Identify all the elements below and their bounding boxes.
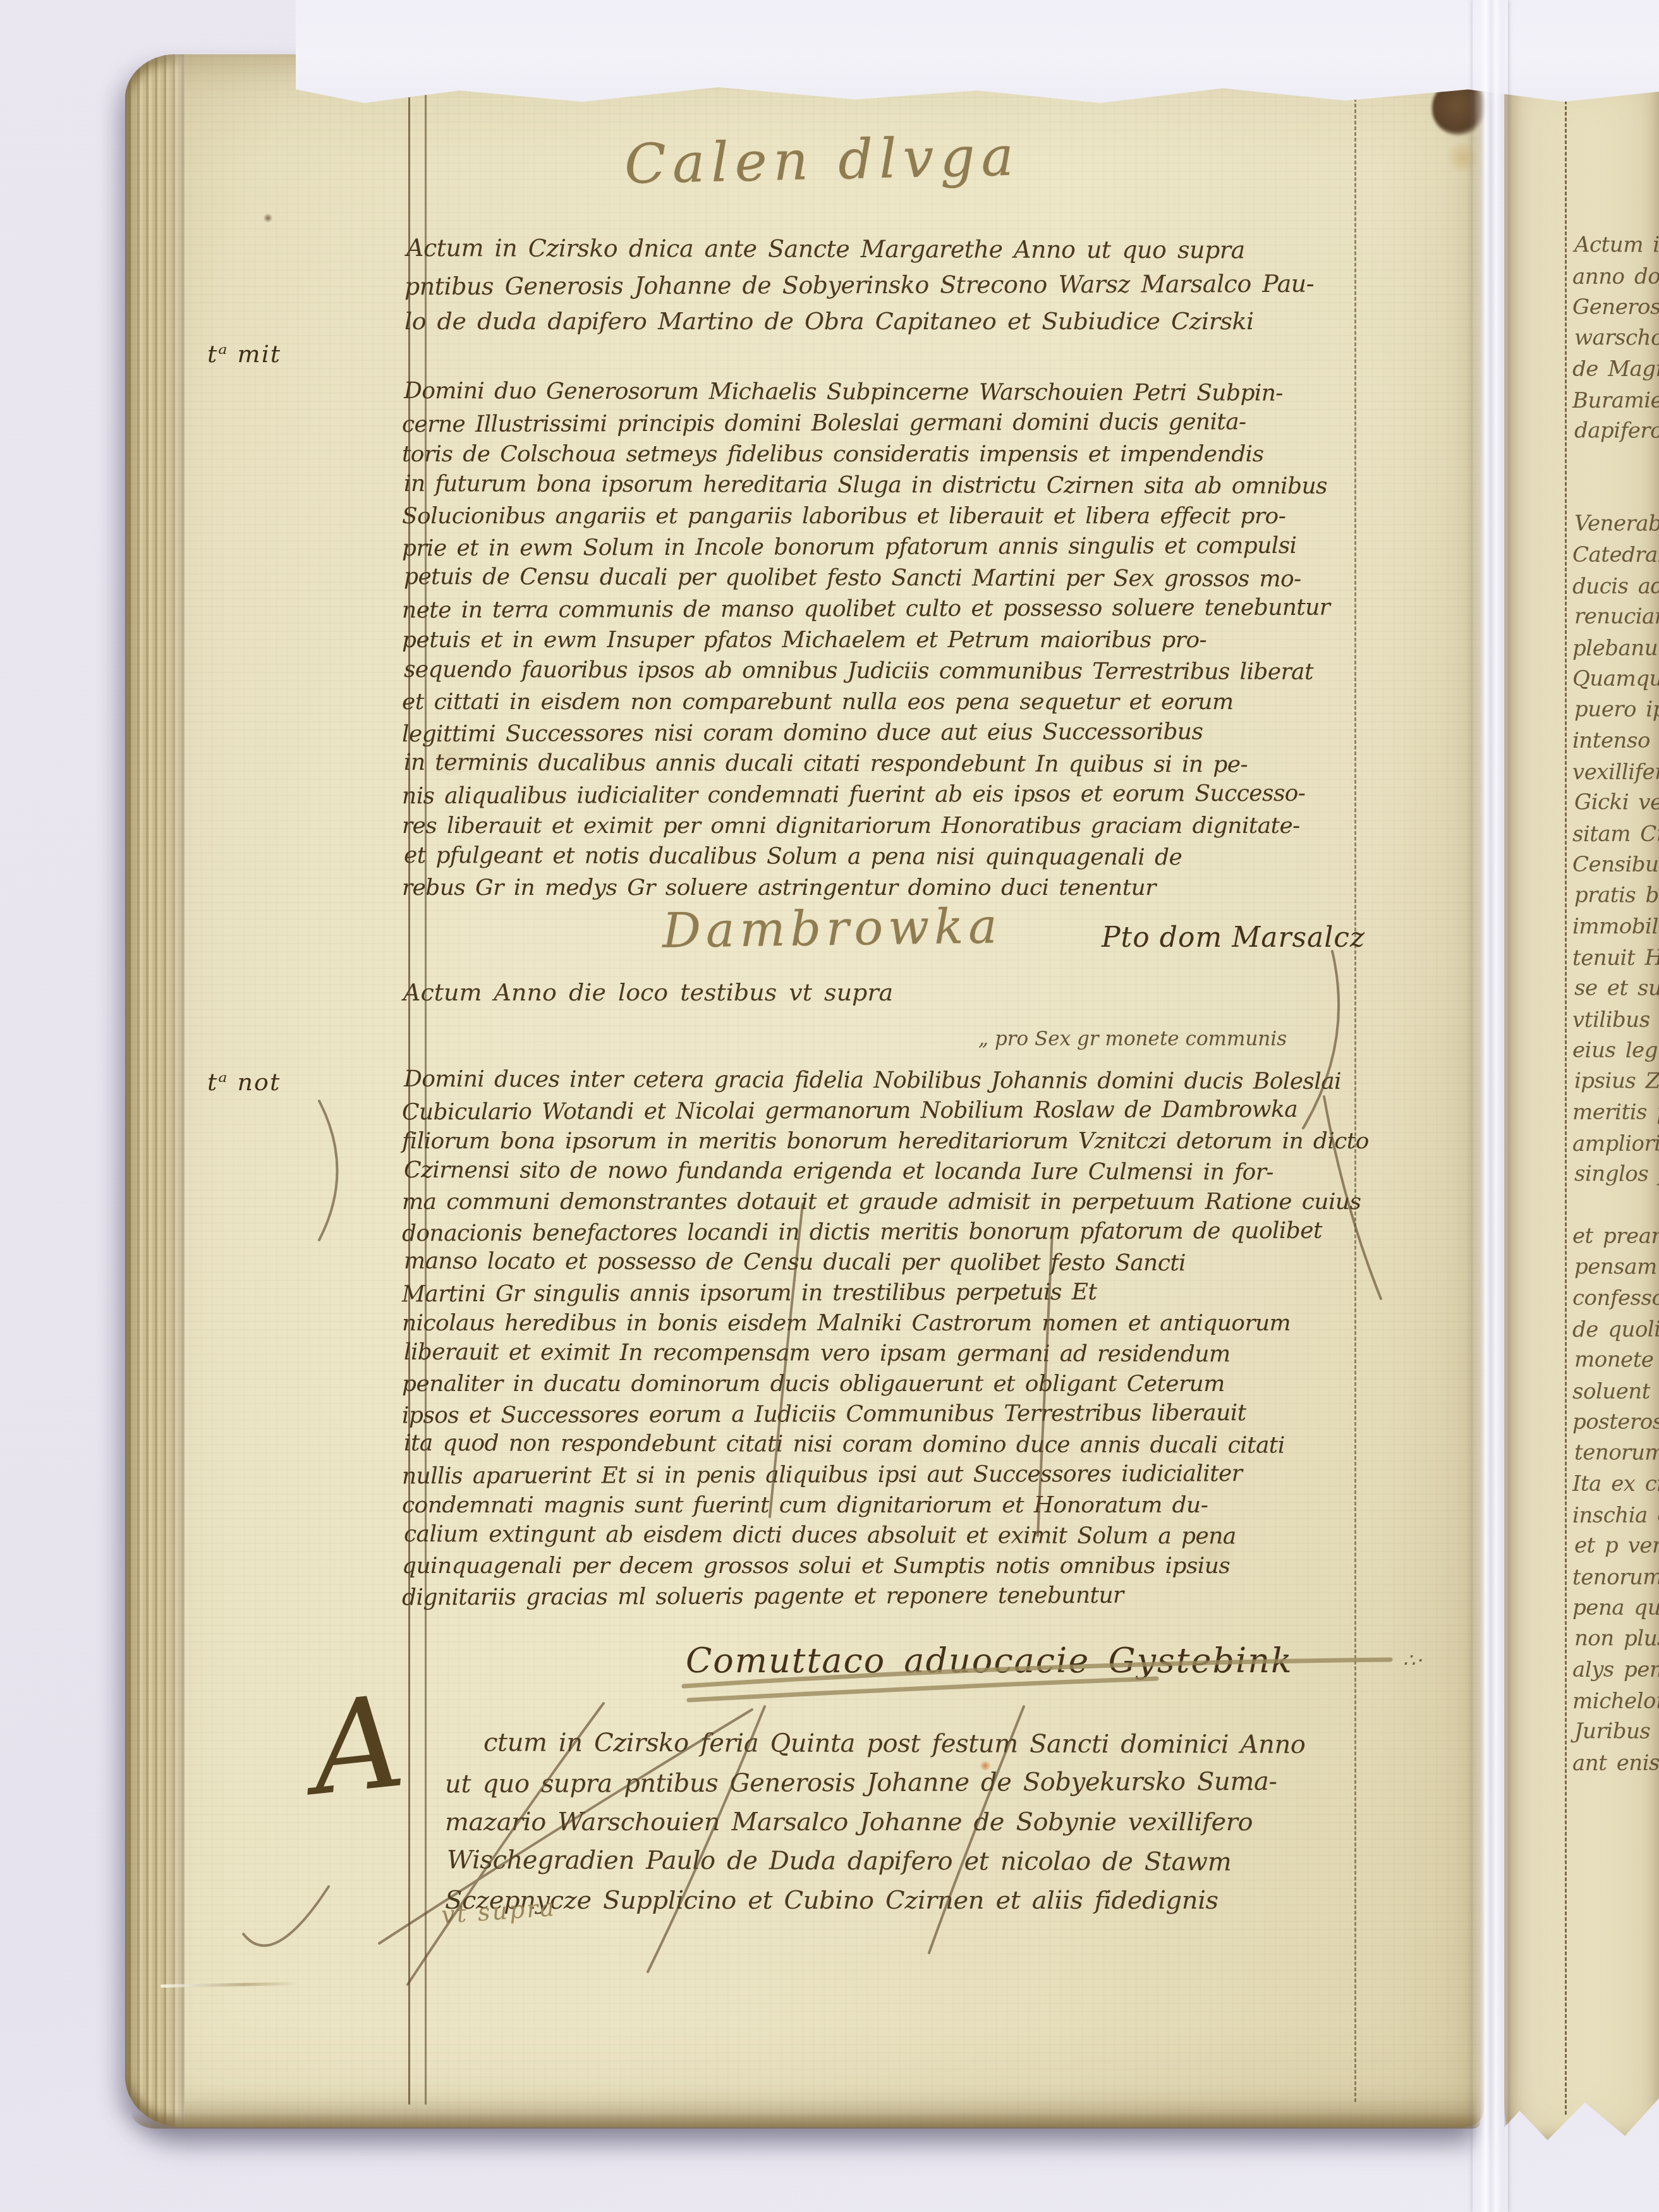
text-line: et p vero xyxy=(1574,1530,1659,1562)
text-line: de quolibet xyxy=(1572,1313,1659,1346)
adjacent-page: Actum inanno domGenerosiswarschomiende M… xyxy=(1504,61,1659,2153)
text-line: ma communi demonstrantes dotauit et grau… xyxy=(402,1187,1369,1217)
text-line: cerne Illustrissimi principis domini Bol… xyxy=(402,406,1330,441)
text-line: michelonim xyxy=(1572,1685,1659,1717)
text-line: lo de duda dapifero Martino de Obra Capi… xyxy=(404,303,1314,339)
text-line: ut quo supra pntibus Generosis Johanne d… xyxy=(445,1762,1304,1804)
text-line: nullis aparuerint Et si in penis aliquib… xyxy=(402,1459,1369,1492)
text-line: immobilibus xyxy=(1572,911,1659,942)
text-line: Ita ex citta xyxy=(1572,1469,1659,1500)
manuscript-page: Calen dlvga Actum in Czirsko dnica ante … xyxy=(125,54,1484,2127)
entry1-text: Actum in Czirsko dnica ante Sancte Marga… xyxy=(404,231,1314,339)
text-line: Gicki vexill xyxy=(1574,787,1659,819)
text-line: quinquagenali per decem grossos solui et… xyxy=(402,1551,1369,1581)
entry1-margin-note: tᵃ mit xyxy=(207,340,281,368)
entry4-initial-letter: A xyxy=(305,1668,411,1824)
text-line: de Magnu s xyxy=(1572,354,1659,385)
text-line: toris de Colschoua setmeys fidelibus con… xyxy=(402,439,1330,470)
page-heading: Calen dlvga xyxy=(624,125,1021,196)
text-line: plebanum u xyxy=(1572,632,1659,664)
text-line: Catedralis xyxy=(1572,540,1659,571)
text-line: condemnati magnis sunt fuerint cum digni… xyxy=(402,1490,1369,1521)
text-line: singlos f xyxy=(1574,1158,1659,1191)
text-line: manso locato et possesso de Censu ducali… xyxy=(404,1246,1371,1279)
text-line: Cubiculario Wotandi et Nicolai germanoru… xyxy=(402,1095,1369,1128)
text-line: Domini duo Generosorum Michaelis Subpinc… xyxy=(404,375,1332,409)
manuscript-photograph: Actum inanno domGenerosiswarschomiende M… xyxy=(0,0,1659,2212)
text-line: calium extingunt ab eisdem dicti duces a… xyxy=(404,1519,1371,1552)
text-line: Martini Gr singulis annis ipsorum in tre… xyxy=(402,1277,1369,1310)
text-line: Generosis xyxy=(1572,292,1659,323)
text-line: sequendo fauoribus ipsos ab omnibus Judi… xyxy=(404,654,1332,688)
entry4-heading: Comuttaco aduocacie Gystebink xyxy=(686,1641,1293,1680)
text-line: alys penn xyxy=(1572,1655,1659,1686)
text-line: inschia et r xyxy=(1572,1499,1659,1531)
entry4-heading-marks: ∴· xyxy=(1403,1650,1426,1672)
text-line: vexilliferum xyxy=(1572,756,1659,788)
text-line: anno dom xyxy=(1572,260,1659,293)
text-line: renuciarum xyxy=(1574,601,1659,633)
text-line: ipsos et Successores eorum a Iudiciis Co… xyxy=(402,1398,1369,1431)
right-page-ruled-margin-line xyxy=(1565,83,1567,2115)
entry3-heading-note: Pto dom Marsalcz xyxy=(1102,921,1365,954)
text-line: puero ipm xyxy=(1574,694,1659,726)
entry3-text: Domini duces inter cetera gracia fidelia… xyxy=(402,1066,1369,1612)
entry3-heading: Dambrowka xyxy=(662,897,1002,958)
text-line: Actum in xyxy=(1574,229,1659,262)
text-line: ipsius Zar xyxy=(1574,1066,1659,1098)
text-line: confessoris xyxy=(1572,1283,1659,1314)
text-line: Buramien th xyxy=(1572,384,1659,416)
text-line xyxy=(1572,446,1659,478)
entry3-margin-note: tᵃ not xyxy=(207,1068,281,1096)
text-line: Censibus xyxy=(1572,849,1659,880)
right-page-text-fragments: Actum inanno domGenerosiswarschomiende M… xyxy=(1572,230,1659,1778)
text-line: in terminis ducalibus annis ducali citat… xyxy=(404,747,1332,781)
text-line: pensam fe xyxy=(1574,1251,1659,1284)
text-line: monete in f xyxy=(1574,1344,1659,1376)
text-line: ant enis xyxy=(1572,1747,1659,1779)
text-line: liberauit et eximit In recompensam vero … xyxy=(404,1337,1371,1370)
text-line: Actum in Czirsko dnica ante Sancte Marga… xyxy=(406,230,1316,269)
text-line: soluent et xyxy=(1572,1375,1659,1407)
entry4-text: ctum in Czirsko feria Quinta post festum… xyxy=(445,1724,1303,1920)
text-line: warschomien xyxy=(1574,322,1659,355)
text-line: vtilibus et xyxy=(1572,1004,1659,1036)
text-line: in futurum bona ipsorum hereditaria Slug… xyxy=(404,468,1332,502)
text-line: se et sui xyxy=(1574,973,1659,1005)
handwritten-text-layer: Calen dlvga Actum in Czirsko dnica ante … xyxy=(125,54,1484,2127)
text-line: intenso re xyxy=(1572,726,1659,757)
text-line: tenuit H xyxy=(1572,942,1659,974)
text-line: nete in terra communis de manso quolibet… xyxy=(402,592,1330,626)
text-line: ducis adir xyxy=(1572,570,1659,602)
text-line: tenorum xyxy=(1572,1561,1659,1593)
text-line: penaliter in ducatu dominorum ducis obli… xyxy=(402,1369,1369,1399)
text-line: non plus xyxy=(1574,1623,1659,1655)
text-line: dignitariis gracias ml solueris pagente … xyxy=(402,1580,1369,1613)
text-line: rebus Gr in medys Gr soluere astringentu… xyxy=(402,872,1330,903)
text-line: Quamquidem xyxy=(1572,664,1659,695)
text-line: posteros ad xyxy=(1572,1407,1659,1438)
text-line: et cittati in eisdem non comparebunt nul… xyxy=(402,686,1330,717)
text-line: mazario Warschouien Marsalco Johanne de … xyxy=(445,1802,1303,1842)
entry3-date-line: Actum Anno die loco testibus vt supra xyxy=(403,978,893,1006)
text-line: pntibus Generosis Johanne de Sobyerinsko… xyxy=(404,266,1314,305)
text-line: sitam Cr xyxy=(1572,818,1659,850)
text-line: prie et in ewm Solum in Incole bonorum p… xyxy=(402,530,1330,564)
glass-strip xyxy=(1473,0,1508,2212)
text-line: ctum in Czirsko feria Quinta post festum… xyxy=(447,1723,1306,1765)
entry2-text: Domini duo Generosorum Michaelis Subpinc… xyxy=(402,377,1330,903)
text-line: dapifero C xyxy=(1574,415,1659,447)
text-line: amplioribus xyxy=(1572,1127,1659,1160)
text-line: pena qui xyxy=(1572,1593,1659,1624)
text-line: legittimi Successores nisi coram domino … xyxy=(402,716,1330,750)
text-line: pratis bor xyxy=(1574,880,1659,912)
text-line: et pfulgeant et notis ducalibus Solum a … xyxy=(404,840,1332,873)
text-line: ita quod non respondebunt citati nisi co… xyxy=(404,1428,1371,1461)
text-line: meritis p xyxy=(1572,1097,1659,1128)
text-line: Sczepnycze Supplicino et Cubino Czirnen … xyxy=(445,1881,1303,1920)
text-line: tenorum xyxy=(1574,1437,1659,1469)
text-line: nis aliqualibus iudicialiter condemnati … xyxy=(402,778,1330,812)
text-line xyxy=(1572,478,1659,509)
entry3-interlinear-note: „ pro Sex gr monete communis xyxy=(978,1028,1287,1050)
text-line: petuis de Censu ducali per quolibet fest… xyxy=(404,561,1332,595)
text-line: et preang xyxy=(1572,1221,1659,1252)
text-line: filiorum bona ipsorum in meritis bonorum… xyxy=(402,1126,1369,1157)
text-line: Solucionibus angariis et pangariis labor… xyxy=(402,501,1330,532)
text-line: Juribus et xyxy=(1574,1716,1659,1748)
text-line: nicolaus heredibus in bonis eisdem Malni… xyxy=(402,1308,1369,1339)
text-line: donacionis benefactores locandi in dicti… xyxy=(402,1216,1369,1249)
text-line: Wischegradien Paulo de Duda dapifero et … xyxy=(447,1840,1306,1882)
text-line: res liberauit et eximit per omni dignita… xyxy=(402,810,1330,841)
text-line: eius legi xyxy=(1572,1035,1659,1066)
text-line: Czirnensi sito de nowo fundanda erigenda… xyxy=(404,1155,1371,1188)
text-line: Domini duces inter cetera gracia fidelia… xyxy=(404,1064,1371,1097)
text-line: petuis et in ewm Insuper pfatos Michaele… xyxy=(402,624,1330,655)
text-line: Venerabilis xyxy=(1574,508,1659,540)
text-line xyxy=(1572,1189,1659,1222)
